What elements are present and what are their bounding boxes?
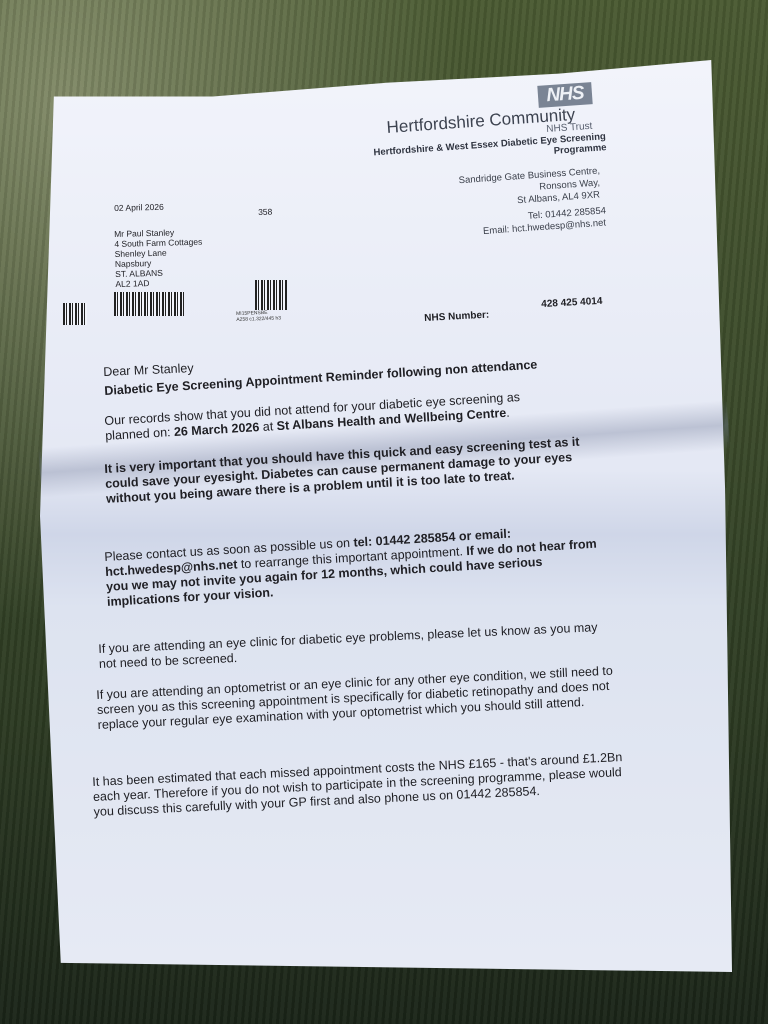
paragraph-eye-clinic: If you are attending an eye clinic for d…	[98, 619, 619, 672]
letter-content: NHS Hertfordshire Community NHS Trust He…	[0, 0, 768, 1024]
paragraph-contact: Please contact us as soon as possible us…	[104, 521, 607, 610]
address-barcode	[114, 292, 184, 316]
paragraph-missed-appointment: Our records show that you did not attend…	[104, 389, 545, 444]
nhs-number-value: 428 425 4014	[541, 296, 603, 310]
paragraph-cost: It has been estimated that each missed a…	[92, 749, 644, 820]
barcode-caption-line-2: A258 c1.322/445 h3	[236, 315, 281, 323]
letter-date: 02 April 2026	[114, 202, 164, 213]
programme-name: Hertfordshire & West Essex Diabetic Eye …	[336, 131, 607, 172]
small-datamatrix-barcode	[63, 303, 87, 325]
barcode-caption: MI15PENSBE A258 c1.322/445 h3	[236, 309, 281, 323]
paragraph-optometrist: If you are attending an optometrist or a…	[96, 663, 638, 733]
nhs-logo-icon: NHS	[537, 82, 592, 108]
recipient-postcode: AL2 1AD	[115, 277, 203, 289]
paragraph-importance: It is very important that you should hav…	[104, 433, 606, 507]
nhs-number-label: NHS Number:	[424, 310, 490, 324]
recipient-address: Mr Paul Stanley 4 South Farm Cottages Sh…	[114, 227, 203, 289]
letter-reference: 358	[258, 207, 272, 217]
datamatrix-barcode	[255, 280, 287, 310]
